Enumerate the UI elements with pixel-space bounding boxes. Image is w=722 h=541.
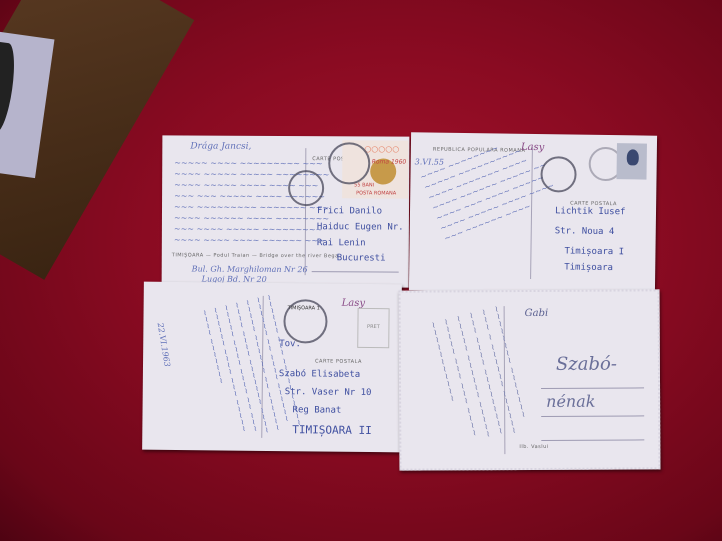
address-line-2: Str. Noua 4 bbox=[555, 226, 615, 237]
postcard-bottom-left: Lasy 22.VI.1963 ~~~~~~ ~~~ ~~~~~ ~~~~~ ~… bbox=[142, 282, 402, 453]
address-line-4: Bucuresti bbox=[337, 253, 386, 263]
date-written: 22.VI.1963 bbox=[155, 322, 173, 368]
postcard-bottom-right: Gabi ~~~~~~~~ ~~~~~~~ ~~~ ~ ~~~~~~ ~~~~~… bbox=[399, 289, 661, 470]
stamp-text: POSTA ROMANA bbox=[356, 190, 396, 196]
printed-footer: Ilb. Vaslui bbox=[519, 444, 548, 450]
postmark-text: TIMIȘOARA 1 bbox=[288, 305, 320, 311]
postcard-top-right: REPUBLICA POPULARA ROMANA Lasy 3.VI.55 ~… bbox=[409, 132, 657, 293]
address-line-3: Reg Banat bbox=[292, 405, 341, 416]
stamp-value: 55 BANI bbox=[354, 182, 374, 188]
address-line-1: Szabó- bbox=[556, 354, 617, 375]
address-line-1: Frici Danilo bbox=[317, 206, 382, 216]
address-line-4: TIMIȘOARA II bbox=[292, 423, 372, 437]
address-line-2: Haiduc Eugen Nr. 12 bbox=[317, 222, 410, 233]
address-line-2: nénak bbox=[546, 392, 595, 411]
stamp-box-label: PRET bbox=[358, 324, 388, 330]
address-line-1: Szabó Elisabeta bbox=[279, 369, 360, 380]
printed-caption: TIMIȘOARA — Podul Traian — Bridge over t… bbox=[172, 252, 339, 259]
address-line-2: Str. Vaser Nr 10 bbox=[285, 387, 372, 398]
address-prefix: Tov. bbox=[279, 339, 301, 349]
stamp-theme: Roma 1960 bbox=[372, 158, 407, 165]
address-line-3: Rai Lenin bbox=[317, 238, 366, 248]
address-line-3: Timișoara I bbox=[564, 246, 624, 257]
postcard-message: ~~~~~~~~ ~~~~~~~ ~~~ ~ ~~~~~~ ~~~~~~ ~~~… bbox=[425, 304, 533, 449]
postmark bbox=[540, 156, 576, 192]
postage-stamp-portrait bbox=[616, 143, 646, 179]
stamp-box: PRET bbox=[357, 308, 389, 348]
postcard-top-left: Drága Jancsi, ~~~~~ ~~~~ ~~~~~~~~~ ~~~ ~… bbox=[162, 135, 410, 287]
postmark: TIMIȘOARA 1 bbox=[283, 299, 327, 343]
card-label: CARTE POSTALA bbox=[315, 358, 362, 364]
address-line-4: Timișoara bbox=[564, 262, 613, 273]
postcard-greeting: Drága Jancsi, bbox=[190, 142, 251, 153]
signature-mark: Gabi bbox=[525, 308, 549, 319]
postmark bbox=[328, 142, 370, 184]
address-line-1: Lichtik Iusef bbox=[555, 206, 626, 217]
postmark-secondary bbox=[288, 170, 324, 206]
